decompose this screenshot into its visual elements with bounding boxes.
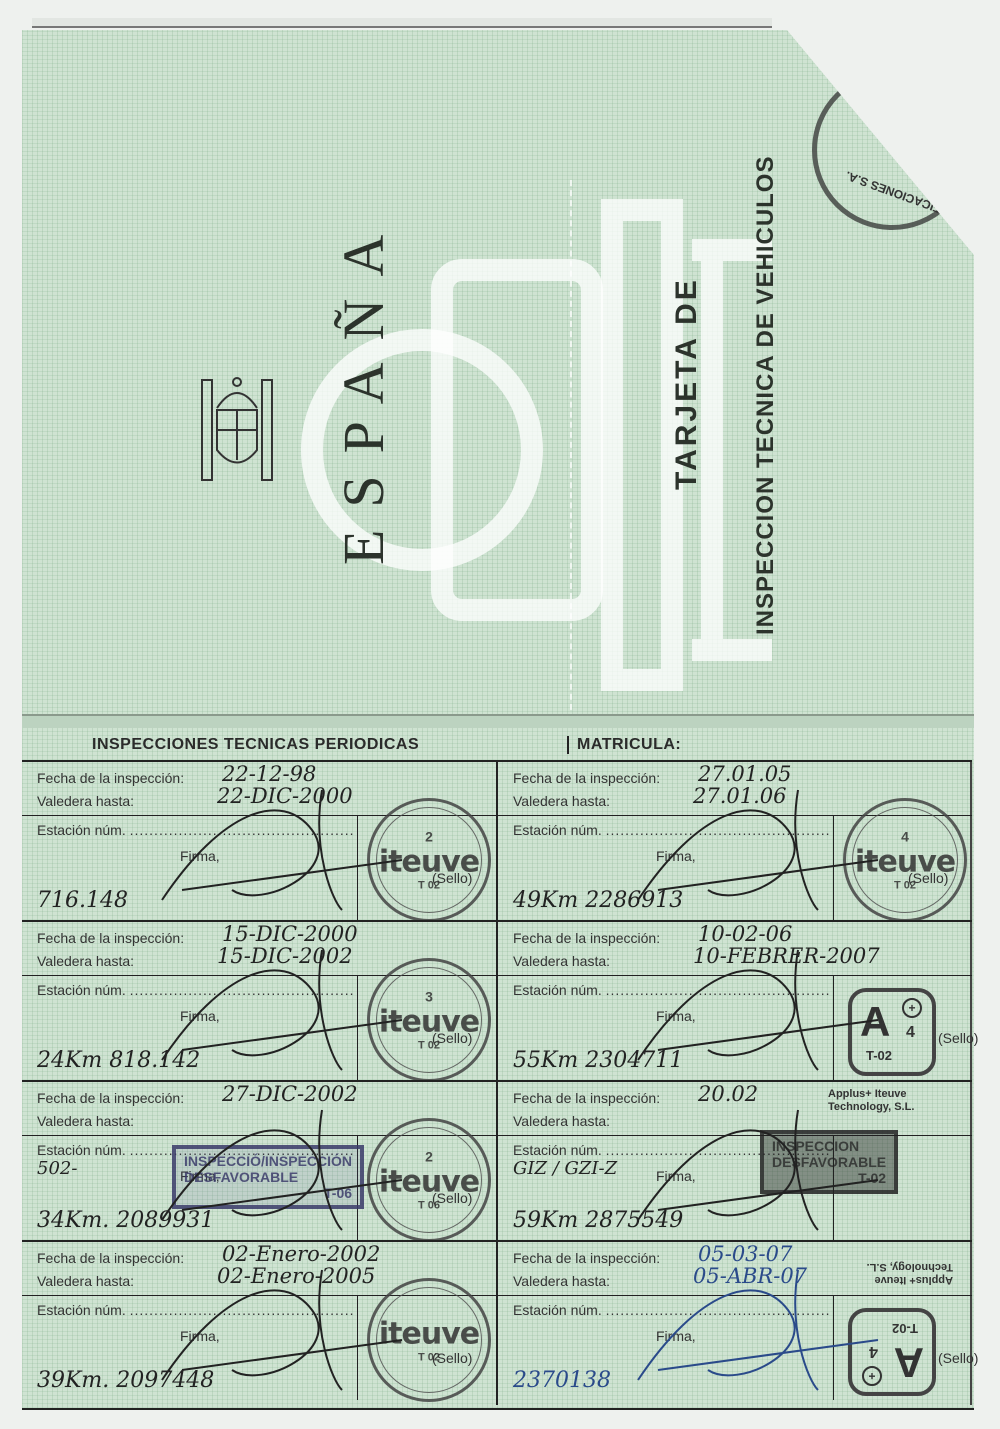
iteuve-stamp: 2iteuveT 06 [367, 1118, 491, 1242]
dotted-line: ........................................… [130, 982, 355, 998]
signature-label: Firma, [180, 1008, 220, 1024]
valid-until-label: Valedera hasta: [513, 1273, 610, 1289]
iteuve-stamp: iteuveT 02 [367, 1278, 491, 1402]
stamp-code: T-02 [866, 1048, 892, 1063]
seal-label: (Sello) [908, 870, 948, 886]
cover-title-line2: INSPECCION TECNICA DE VEHICULOS [752, 156, 780, 636]
odometer-value: 59Km 2875549 [513, 1208, 683, 1233]
seal-divider [357, 815, 358, 920]
inspection-entry: Fecha de la inspección: Valedera hasta: … [498, 760, 972, 920]
inspection-date-label: Fecha de la inspección: [37, 1090, 184, 1106]
unfavorable-stamp: INSPECCIÓ/INSPECCIÓNDESFAVORABLET-06 [172, 1145, 364, 1209]
stamp-line1: INSPECCIÓ/INSPECCIÓN [184, 1153, 352, 1169]
stamp-number: 4 [906, 1024, 915, 1042]
dotted-line: ........................................… [606, 822, 831, 838]
valid-until-label: Valedera hasta: [37, 1113, 134, 1129]
odometer-value: 39Km. 2097448 [37, 1368, 214, 1393]
plus-icon: + [862, 1366, 882, 1386]
applus-letter: A [860, 998, 890, 1046]
odometer-value: 34Km. 2089931 [37, 1208, 214, 1233]
inspection-entry: Fecha de la inspección: Valedera hasta: … [22, 1080, 496, 1240]
iteuve-stamp: 4iteuveT 02 [843, 798, 967, 922]
seal-label: (Sello) [432, 1350, 472, 1366]
inspection-date-value: 22-12-98 [222, 762, 316, 786]
valid-until-label: Valedera hasta: [37, 1273, 134, 1289]
station-label-text: Estación núm. [37, 982, 126, 998]
stamp-line1: INSPECCION [772, 1138, 886, 1154]
inspection-entry: Fecha de la inspección: Valedera hasta: … [498, 920, 972, 1080]
inspection-entry: Fecha de la inspección: Valedera hasta: … [22, 920, 496, 1080]
stamp-line2: DESFAVORABLE [184, 1169, 352, 1185]
dotted-line: ........................................… [606, 982, 831, 998]
inspection-date-label: Fecha de la inspección: [513, 1250, 660, 1266]
stamp-number: 4 [846, 829, 964, 845]
station-number-label: Estación núm. ..........................… [37, 982, 355, 998]
stamp-code: T-06 [184, 1185, 352, 1201]
station-number-label: Estación núm. ..........................… [37, 822, 355, 838]
dotted-line: ........................................… [130, 1302, 355, 1318]
cover-spine-line [570, 180, 572, 730]
inspection-date-label: Fecha de la inspección: [37, 1250, 184, 1266]
signature-label: Firma, [656, 1168, 696, 1184]
station-label-text: Estación núm. [513, 822, 602, 838]
valid-until-value: 05-ABR-07 [693, 1264, 807, 1288]
valid-until-value: 15-DIC-2002 [217, 944, 353, 968]
stamp-code: T-02 [772, 1170, 886, 1186]
seal-label: (Sello) [432, 870, 472, 886]
card-top-edge [32, 18, 772, 28]
inspection-entry: Fecha de la inspección: Valedera hasta: … [22, 1240, 496, 1400]
valid-until-label: Valedera hasta: [513, 1113, 610, 1129]
signature-label: Firma, [180, 848, 220, 864]
stamp-number: 3 [370, 989, 488, 1005]
cover-title-line1: TARJETA DE [670, 277, 704, 490]
stamp-code: T-02 [892, 1321, 918, 1336]
stamp-number: 2 [370, 1149, 488, 1165]
unfavorable-stamp: INSPECCIONDESFAVORABLET-02 [760, 1130, 898, 1194]
inspection-entry: Fecha de la inspección: Valedera hasta: … [498, 1240, 972, 1400]
seal-label: (Sello) [938, 1350, 978, 1366]
iteuve-logo-icon: iteuve [370, 1317, 488, 1352]
station-label-text: Estación núm. [37, 1142, 126, 1158]
inspection-date-label: Fecha de la inspección: [513, 770, 660, 786]
cover-panel: VERIFICACIONES S.A. [22, 30, 974, 720]
seal-divider [833, 815, 834, 920]
inspection-entry: Fecha de la inspección: Valedera hasta: … [498, 1080, 972, 1240]
station-number-label: Estación núm. ..........................… [513, 1302, 831, 1318]
signature-label: Firma, [180, 1328, 220, 1344]
station-label-text: Estación núm. [513, 1302, 602, 1318]
signature-label: Firma, [656, 1008, 696, 1024]
inspection-date-label: Fecha de la inspección: [37, 930, 184, 946]
dotted-line: ........................................… [606, 1302, 831, 1318]
inspection-date-value: 02-Enero-2002 [222, 1242, 380, 1266]
seal-label: (Sello) [938, 1030, 978, 1046]
row-rule [498, 1295, 972, 1296]
station-number-value: GIZ / GZI-Z [513, 1158, 617, 1179]
corner-stamp [812, 70, 972, 230]
company-stamp-text: Applus+ Iteuve Technology, S.L. [828, 1088, 938, 1114]
inspection-date-label: Fecha de la inspección: [37, 770, 184, 786]
seal-divider [833, 975, 834, 1080]
inspection-date-label: Fecha de la inspección: [513, 930, 660, 946]
inspection-entry: Fecha de la inspección: Valedera hasta: … [22, 760, 496, 920]
stamp-line2: DESFAVORABLE [772, 1154, 886, 1170]
station-label-text: Estación núm. [37, 822, 126, 838]
odometer-value: 716.148 [37, 888, 128, 913]
station-label-text: Estación núm. [513, 982, 602, 998]
row-rule [498, 1135, 972, 1136]
applus-stamp: A+4T-02 [848, 1308, 936, 1396]
odometer-value: 2370138 [513, 1368, 611, 1393]
inspection-date-value: 15-DIC-2000 [222, 922, 358, 946]
seal-divider [357, 1295, 358, 1400]
valid-until-label: Valedera hasta: [513, 793, 610, 809]
iteuve-stamp: 2iteuveT 02 [367, 798, 491, 922]
license-plate-label: MATRICULA: [567, 736, 681, 754]
applus-letter: A [894, 1338, 924, 1386]
station-label-text: Estación núm. [513, 1142, 602, 1158]
valid-until-value: 10-FEBRER-2007 [693, 944, 880, 968]
dotted-line: ........................................… [130, 822, 355, 838]
seal-divider [357, 975, 358, 1080]
station-number-label: Estación núm. ..........................… [513, 822, 831, 838]
valid-until-value: 02-Enero-2005 [217, 1264, 375, 1288]
inspection-date-value: 10-02-06 [698, 922, 792, 946]
station-label-text: Estación núm. [37, 1302, 126, 1318]
inspection-date-value: 27.01.05 [698, 762, 792, 786]
inspection-date-label: Fecha de la inspección: [513, 1090, 660, 1106]
station-number-value: 502- [37, 1158, 77, 1179]
inspection-date-value: 05-03-07 [698, 1242, 792, 1266]
seal-divider [833, 1295, 834, 1400]
applus-stamp: A+4T-02 [848, 988, 936, 1076]
inspection-date-value: 27-DIC-2002 [222, 1082, 358, 1106]
cover-country: ESPAÑA [330, 213, 397, 565]
odometer-value: 49Km 2286913 [513, 888, 683, 913]
company-stamp-text: Applus+ Iteuve Technology, S.L. [843, 1260, 953, 1286]
valid-until-label: Valedera hasta: [37, 953, 134, 969]
valid-until-value: 27.01.06 [693, 784, 787, 808]
valid-until-label: Valedera hasta: [513, 953, 610, 969]
spain-crest-icon [182, 370, 292, 490]
seal-label: (Sello) [432, 1190, 472, 1206]
odometer-value: 24Km 818.142 [37, 1048, 200, 1073]
section-title: INSPECCIONES TECNICAS PERIODICAS [92, 736, 419, 754]
station-number-label: Estación núm. ..........................… [37, 1302, 355, 1318]
valid-until-value: 22-DIC-2000 [217, 784, 353, 808]
station-number-label: Estación núm. ..........................… [513, 982, 831, 998]
valid-until-label: Valedera hasta: [37, 793, 134, 809]
seal-label: (Sello) [432, 1030, 472, 1046]
inspection-date-value: 20.02 [698, 1082, 758, 1106]
odometer-value: 55Km 2304711 [513, 1048, 683, 1073]
stamp-number: 2 [370, 829, 488, 845]
signature-label: Firma, [656, 848, 696, 864]
iteuve-stamp: 3iteuveT 02 [367, 958, 491, 1082]
row-rule [498, 975, 972, 976]
inspection-page: INSPECCIONES TECNICAS PERIODICAS MATRICU… [22, 728, 974, 1410]
plus-icon: + [902, 998, 922, 1018]
signature-label: Firma, [656, 1328, 696, 1344]
stamp-number: 4 [869, 1342, 878, 1360]
